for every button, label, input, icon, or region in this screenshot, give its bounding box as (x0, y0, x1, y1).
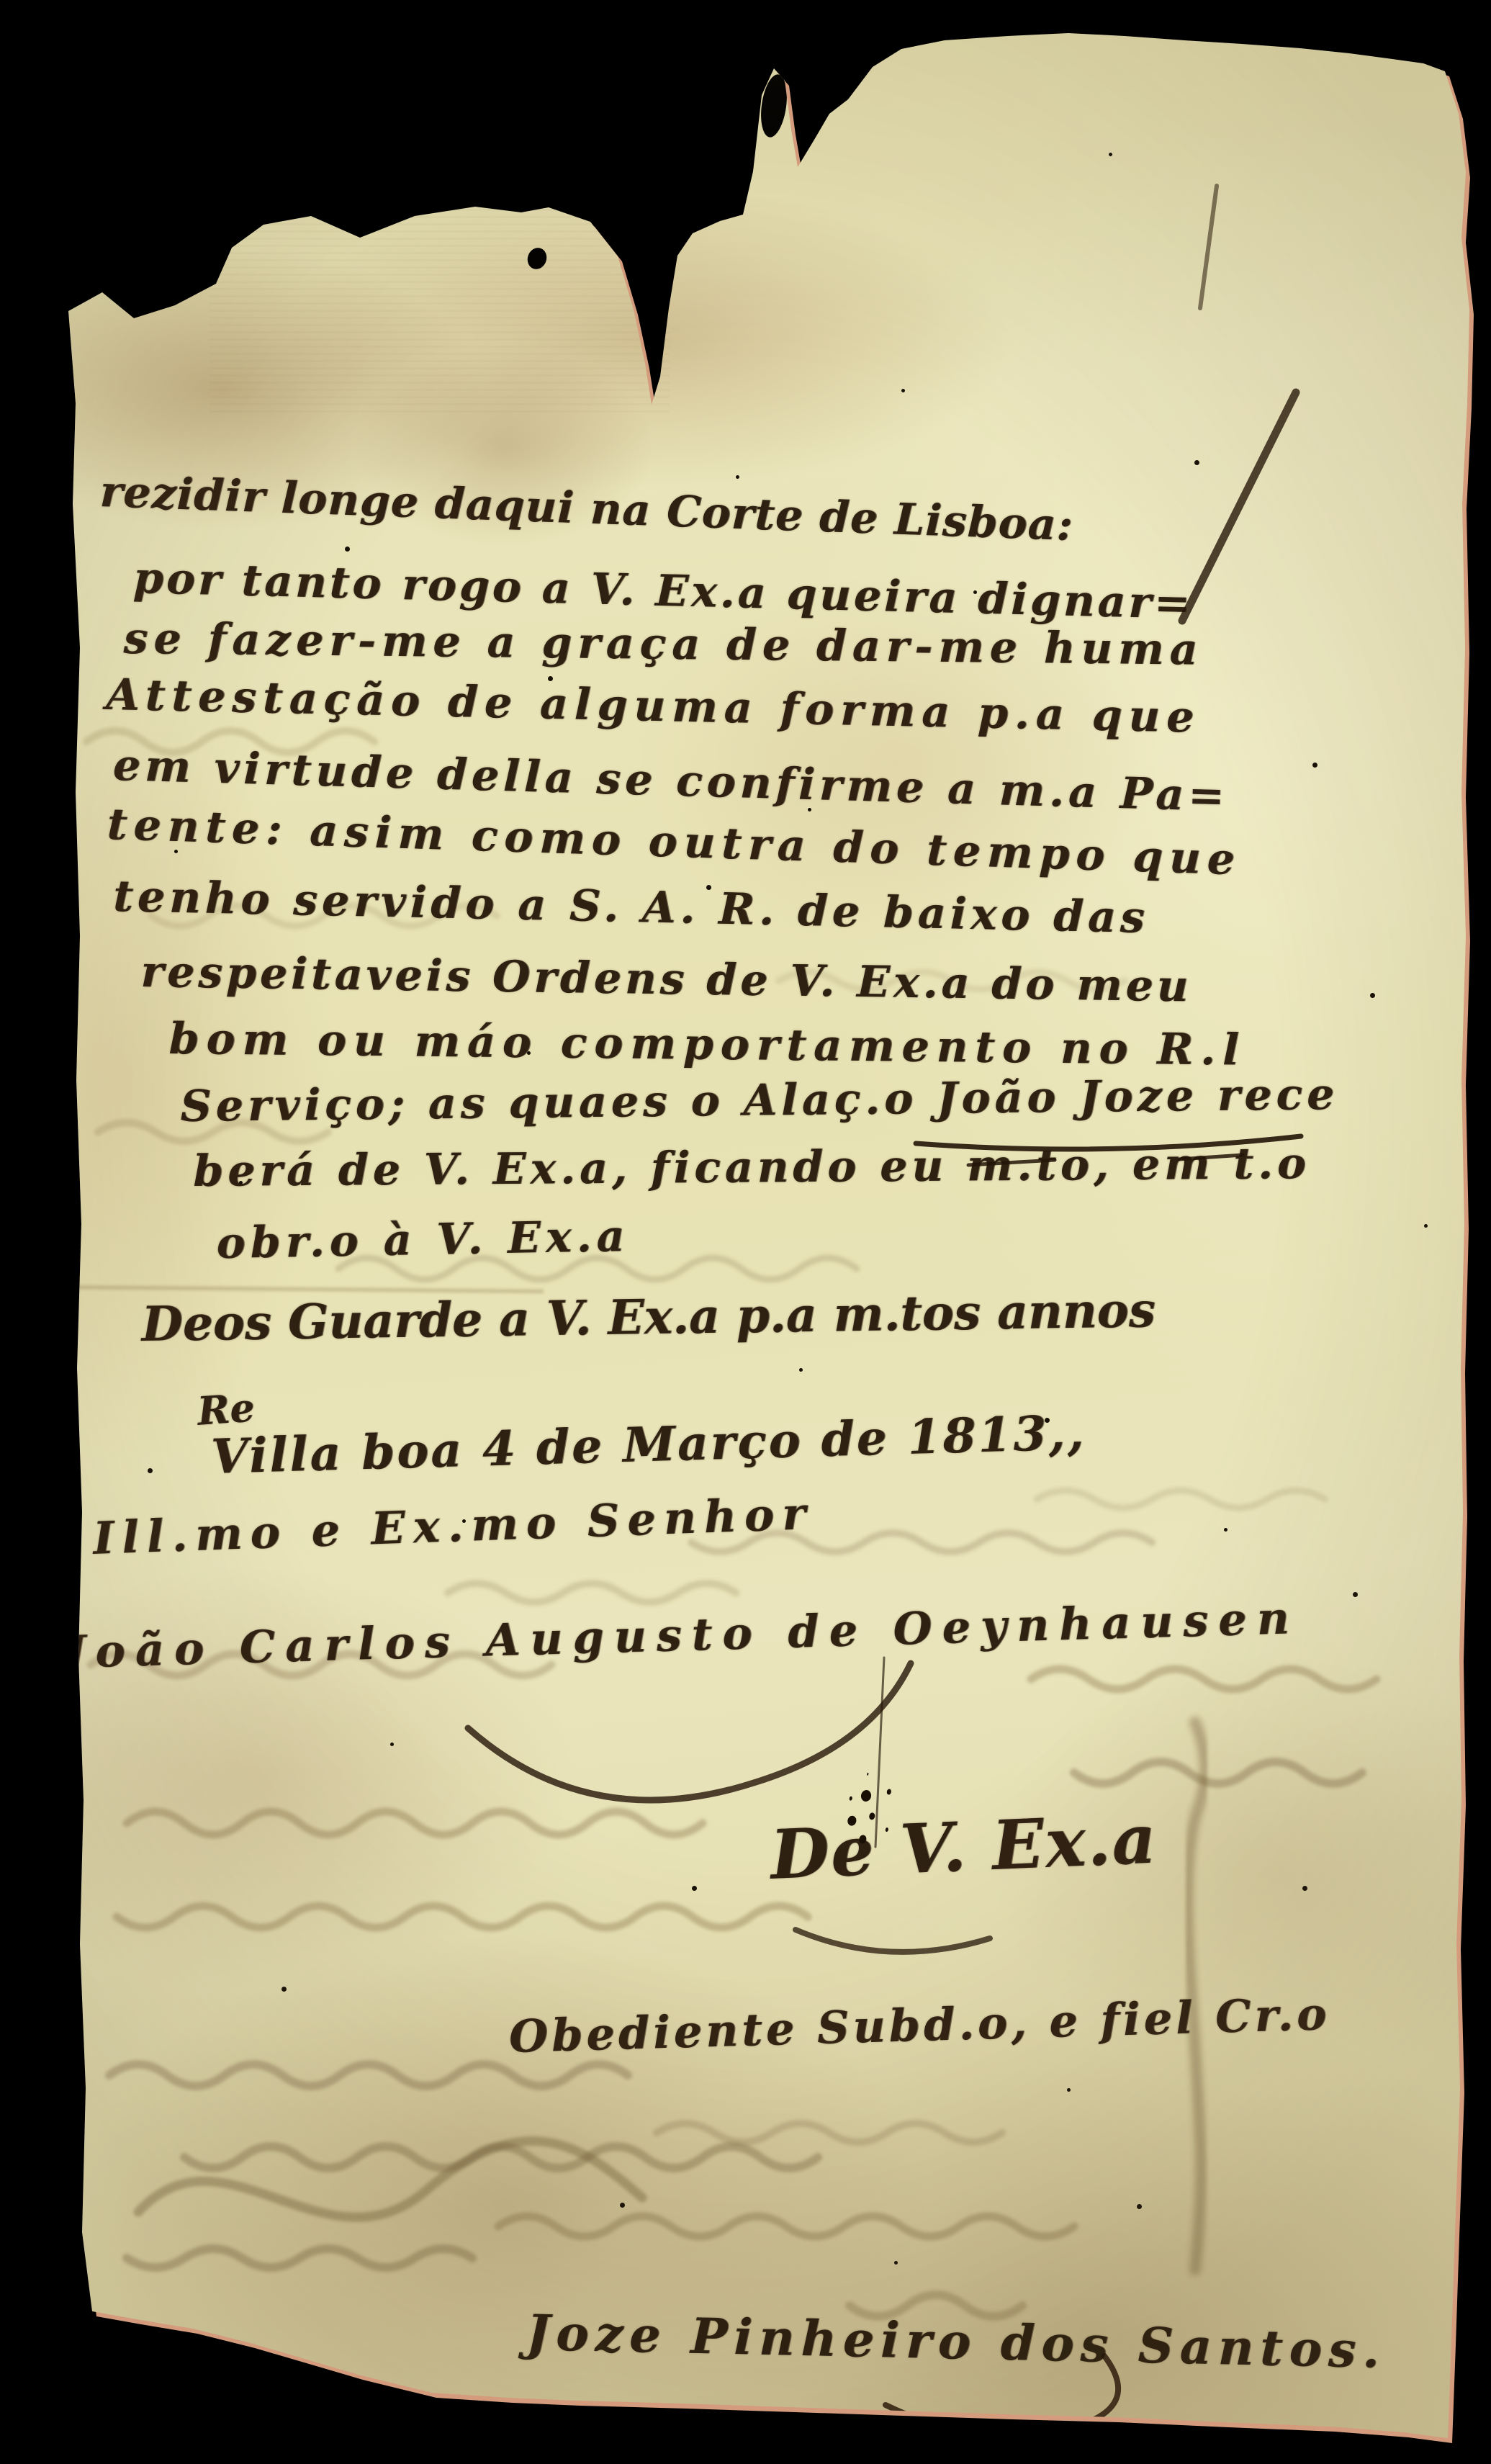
addressee-flourish (468, 1663, 911, 1800)
ink-splatter (860, 1789, 872, 1803)
abbreviation-overline (1179, 1155, 1243, 1159)
margin-mark: Re (196, 1384, 256, 1434)
paper-crease (68, 1285, 544, 1293)
ink-underline (916, 1136, 1301, 1149)
letter-line: tente: asim como outra do tempo que (107, 799, 1242, 885)
diagonal-pen-stroke (1182, 392, 1296, 621)
address-salutation: Ill.mo e Ex.mo Senhor (92, 1487, 814, 1565)
letter-line: se fazer-me a graça de dar-me huma (123, 613, 1204, 675)
letter-line: bom ou máo comportamento no R.l (168, 1014, 1246, 1076)
addressee-name: João Carlos Augusto de Oeynhausen (63, 1591, 1300, 1678)
signature-flourish (886, 2356, 1118, 2437)
ink-speckles (0, 0, 4, 4)
scanned-document-photo: rezidir longe daqui na Corte de Lisboa: … (0, 0, 1491, 2464)
letter-line: por tanto rogo a V. Ex.a queira dignar= (132, 553, 1194, 629)
ink-flourishes (468, 186, 1301, 2437)
letter-line: rezidir longe daqui na Corte de Lisboa: (99, 467, 1074, 551)
paper-hole (525, 245, 550, 271)
closing-formula-line: Deos Guarde a V. Ex.a p.a m.tos annos (141, 1282, 1156, 1352)
diagonal-pen-stroke (1200, 186, 1217, 308)
letter-page: rezidir longe daqui na Corte de Lisboa: … (0, 0, 1491, 2464)
letter-line: respeitaveis Ordens de V. Ex.a do meu (140, 947, 1192, 1012)
ink-overlay (0, 0, 1491, 2464)
letter-line: Attestação de alguma forma p.a que (106, 670, 1201, 743)
paper-laid-texture (209, 144, 670, 418)
valediction-line: De V. Ex.a (769, 1799, 1158, 1894)
letter-line: obr.o à V. Ex.a (216, 1211, 630, 1269)
ink-hairline (875, 1658, 884, 1847)
abbreviation-overline (968, 1160, 1055, 1165)
letter-line: em virtude della se confirme a m.a Pa= (112, 740, 1229, 822)
letter-line: tenho servido a S. A. R. de baixo das (113, 871, 1150, 943)
letter-line: Serviço; as quaes o Alaç.o João Joze rec… (180, 1069, 1339, 1132)
valediction-swash (796, 1930, 990, 1952)
place-date-line: Villa boa 4 de Março de 1813,, (210, 1404, 1086, 1485)
bleed-through-ghost-writing (86, 731, 1377, 2316)
signature: Joze Pinheiro dos Santos. (526, 2304, 1386, 2380)
letter-line: berá de V. Ex.a, ficando eu m.to, em t.o (193, 1138, 1310, 1197)
valediction-line: Obediente Subd.o, e fiel Cr.o (508, 1987, 1330, 2063)
